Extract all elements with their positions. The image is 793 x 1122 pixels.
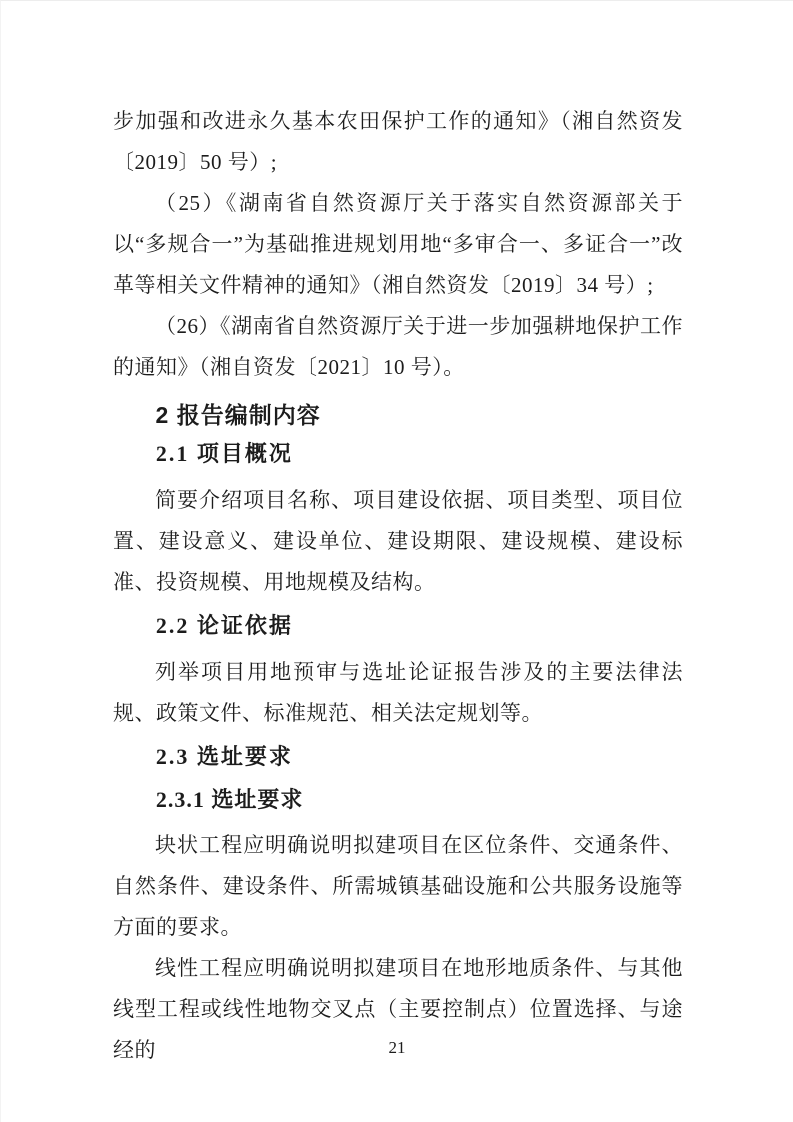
- paragraph-continuation-item24: 步加强和改进永久基本农田保护工作的通知》（湘自然资发〔2019〕50 号）;: [113, 101, 683, 183]
- page-number: 21: [1, 1037, 793, 1059]
- section-heading-2-1: 2.1 项目概况: [113, 439, 683, 469]
- paragraph-item25: （25）《湖南省自然资源厅关于落实自然资源部关于以“多规合一”为基础推进规划用地…: [113, 183, 683, 306]
- paragraph-item26: （26）《湖南省自然资源厅关于进一步加强耕地保护工作的通知》（湘自资发〔2021…: [113, 306, 683, 388]
- section-heading-2: 2 报告编制内容: [113, 400, 683, 430]
- document-body: 步加强和改进永久基本农田保护工作的通知》（湘自然资发〔2019〕50 号）; （…: [113, 101, 683, 1071]
- section-heading-2-3: 2.3 选址要求: [113, 742, 683, 772]
- document-page: 步加强和改进永久基本农田保护工作的通知》（湘自然资发〔2019〕50 号）; （…: [0, 0, 793, 1122]
- section-heading-2-2: 2.2 论证依据: [113, 611, 683, 641]
- paragraph-block-projects: 块状工程应明确说明拟建项目在区位条件、交通条件、自然条件、建设条件、所需城镇基础…: [113, 825, 683, 948]
- paragraph-argument-basis: 列举项目用地预审与选址论证报告涉及的主要法律法规、政策文件、标准规范、相关法定规…: [113, 652, 683, 734]
- section-heading-2-3-1: 2.3.1 选址要求: [113, 785, 683, 815]
- paragraph-project-overview: 简要介绍项目名称、项目建设依据、项目类型、项目位置、建设意义、建设单位、建设期限…: [113, 480, 683, 603]
